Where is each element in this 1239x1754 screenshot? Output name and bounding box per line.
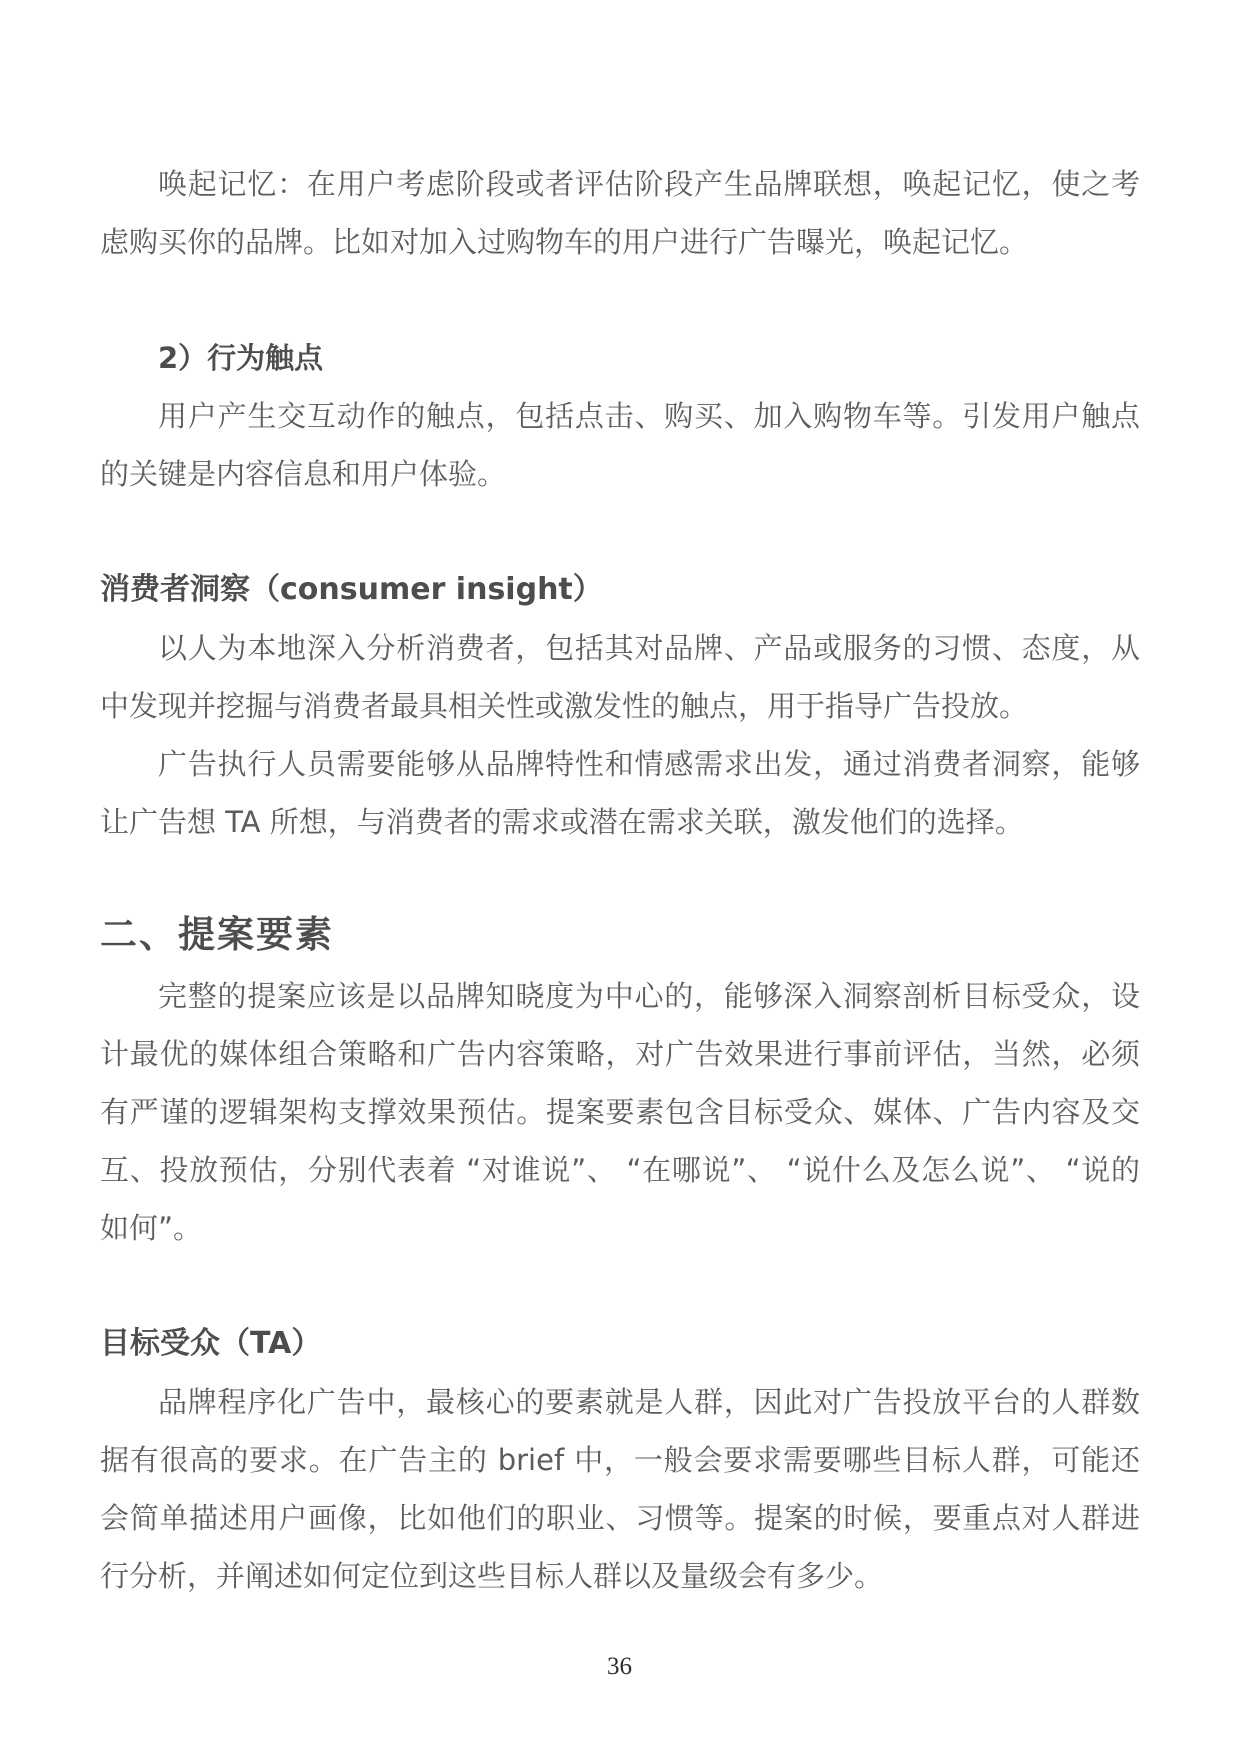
page-number: 36 (0, 1652, 1239, 1682)
heading-consumer-insight: 消费者洞察（consumer insight） (100, 561, 1140, 619)
document-page: 唤起记忆：在用户考虑阶段或者评估阶段产生品牌联想，唤起记忆，使之考虑购买你的品牌… (0, 0, 1239, 1754)
paragraph-consumer-insight-execution: 广告执行人员需要能够从品牌特性和情感需求出发，通过消费者洞察，能够让广告想 TA… (100, 735, 1140, 851)
section-heading-proposal-elements: 二、提案要素 (100, 903, 1140, 967)
paragraph-consumer-insight-analysis: 以人为本地深入分析消费者，包括其对品牌、产品或服务的习惯、态度，从中发现并挖掘与… (100, 619, 1140, 735)
paragraph-proposal-elements: 完整的提案应该是以品牌知晓度为中心的，能够深入洞察剖析目标受众，设计最优的媒体组… (100, 967, 1140, 1257)
paragraph-target-audience: 品牌程序化广告中，最核心的要素就是人群，因此对广告投放平台的人群数据有很高的要求… (100, 1373, 1140, 1605)
heading-target-audience: 目标受众（TA） (100, 1315, 1140, 1373)
subheading-behavior-touchpoints: 2）行为触点 (100, 329, 1140, 387)
paragraph-recall-memory: 唤起记忆：在用户考虑阶段或者评估阶段产生品牌联想，唤起记忆，使之考虑购买你的品牌… (100, 155, 1140, 271)
paragraph-behavior-touchpoints: 用户产生交互动作的触点，包括点击、购买、加入购物车等。引发用户触点的关键是内容信… (100, 387, 1140, 503)
